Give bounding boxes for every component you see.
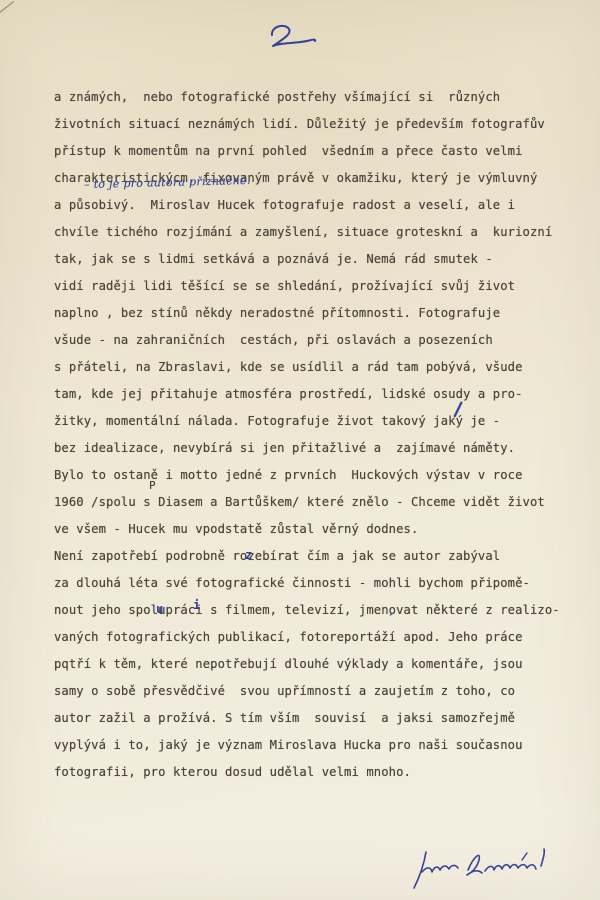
typed-line: a působivý. Miroslav Hucek fotografuje r… [54, 192, 564, 219]
typed-line: vyplývá i to, jaký je význam Miroslava H… [54, 732, 564, 759]
typed-line: Není zapotřebí podrobně rozebírat čím a … [54, 543, 564, 570]
typed-line: bez idealizace, nevybírá si jen přitažli… [54, 435, 564, 462]
pen-overtype-z: z [245, 549, 252, 561]
typed-line: naplno , bez stínů někdy neradostné přít… [54, 300, 564, 327]
typed-line: tam, kde jej přitahuje atmosféra prostře… [54, 381, 564, 408]
typed-line: 1960 /spolu s Diasem a Bartůškem/ které … [54, 489, 564, 516]
typed-line: Bylo to ostaně i motto jedné z prvních H… [54, 462, 564, 489]
pen-accent-mark: ´ [386, 614, 395, 626]
typed-line: tak, jak se s lidmi setkává a poznává je… [54, 246, 564, 273]
typed-line: vaných fotografických publikací, fotorep… [54, 624, 564, 651]
paper-page: a známých, nebo fotografické postřehy vš… [0, 0, 600, 900]
typed-line: za dlouhá léta své fotografické činnosti… [54, 570, 564, 597]
typed-line: samy o sobě přesvědčivé svou upřímností … [54, 678, 564, 705]
typed-line: ve všem - Hucek mu vpodstatě zůstal věrn… [54, 516, 564, 543]
handwritten-signature [410, 842, 550, 892]
typed-line: pqtří k těm, které nepotřebují dlouhé vý… [54, 651, 564, 678]
typed-line: všude - na zahraničních cestách, při osl… [54, 327, 564, 354]
typed-line: autor zažil a prožívá. S tím vším souvis… [54, 705, 564, 732]
typed-line: fotografii, pro kterou dosud udělal velm… [54, 759, 564, 786]
typed-line: chvíle tichého rozjímání a zamyšlení, si… [54, 219, 564, 246]
superscript-correction: P [149, 480, 156, 492]
corner-fold-line [0, 1, 14, 14]
handwritten-page-number [265, 22, 321, 52]
typed-line: vidí raději lidi těšící se se shledání, … [54, 273, 564, 300]
typed-line: žitky, momentální nálada. Fotografuje ži… [54, 408, 564, 435]
pen-overtype-u: u [156, 603, 163, 615]
pen-overtype-i: i [193, 599, 200, 611]
typed-line: přístup k momentům na první pohled všedn… [54, 138, 564, 165]
typed-line: a známých, nebo fotografické postřehy vš… [54, 84, 564, 111]
typed-line: s přáteli, na Zbraslavi, kde se usídlil … [54, 354, 564, 381]
typed-line: nout jeho spolupráci s filmem, televizí,… [54, 597, 564, 624]
typed-line: životních situací neznámých lidí. Důleži… [54, 111, 564, 138]
